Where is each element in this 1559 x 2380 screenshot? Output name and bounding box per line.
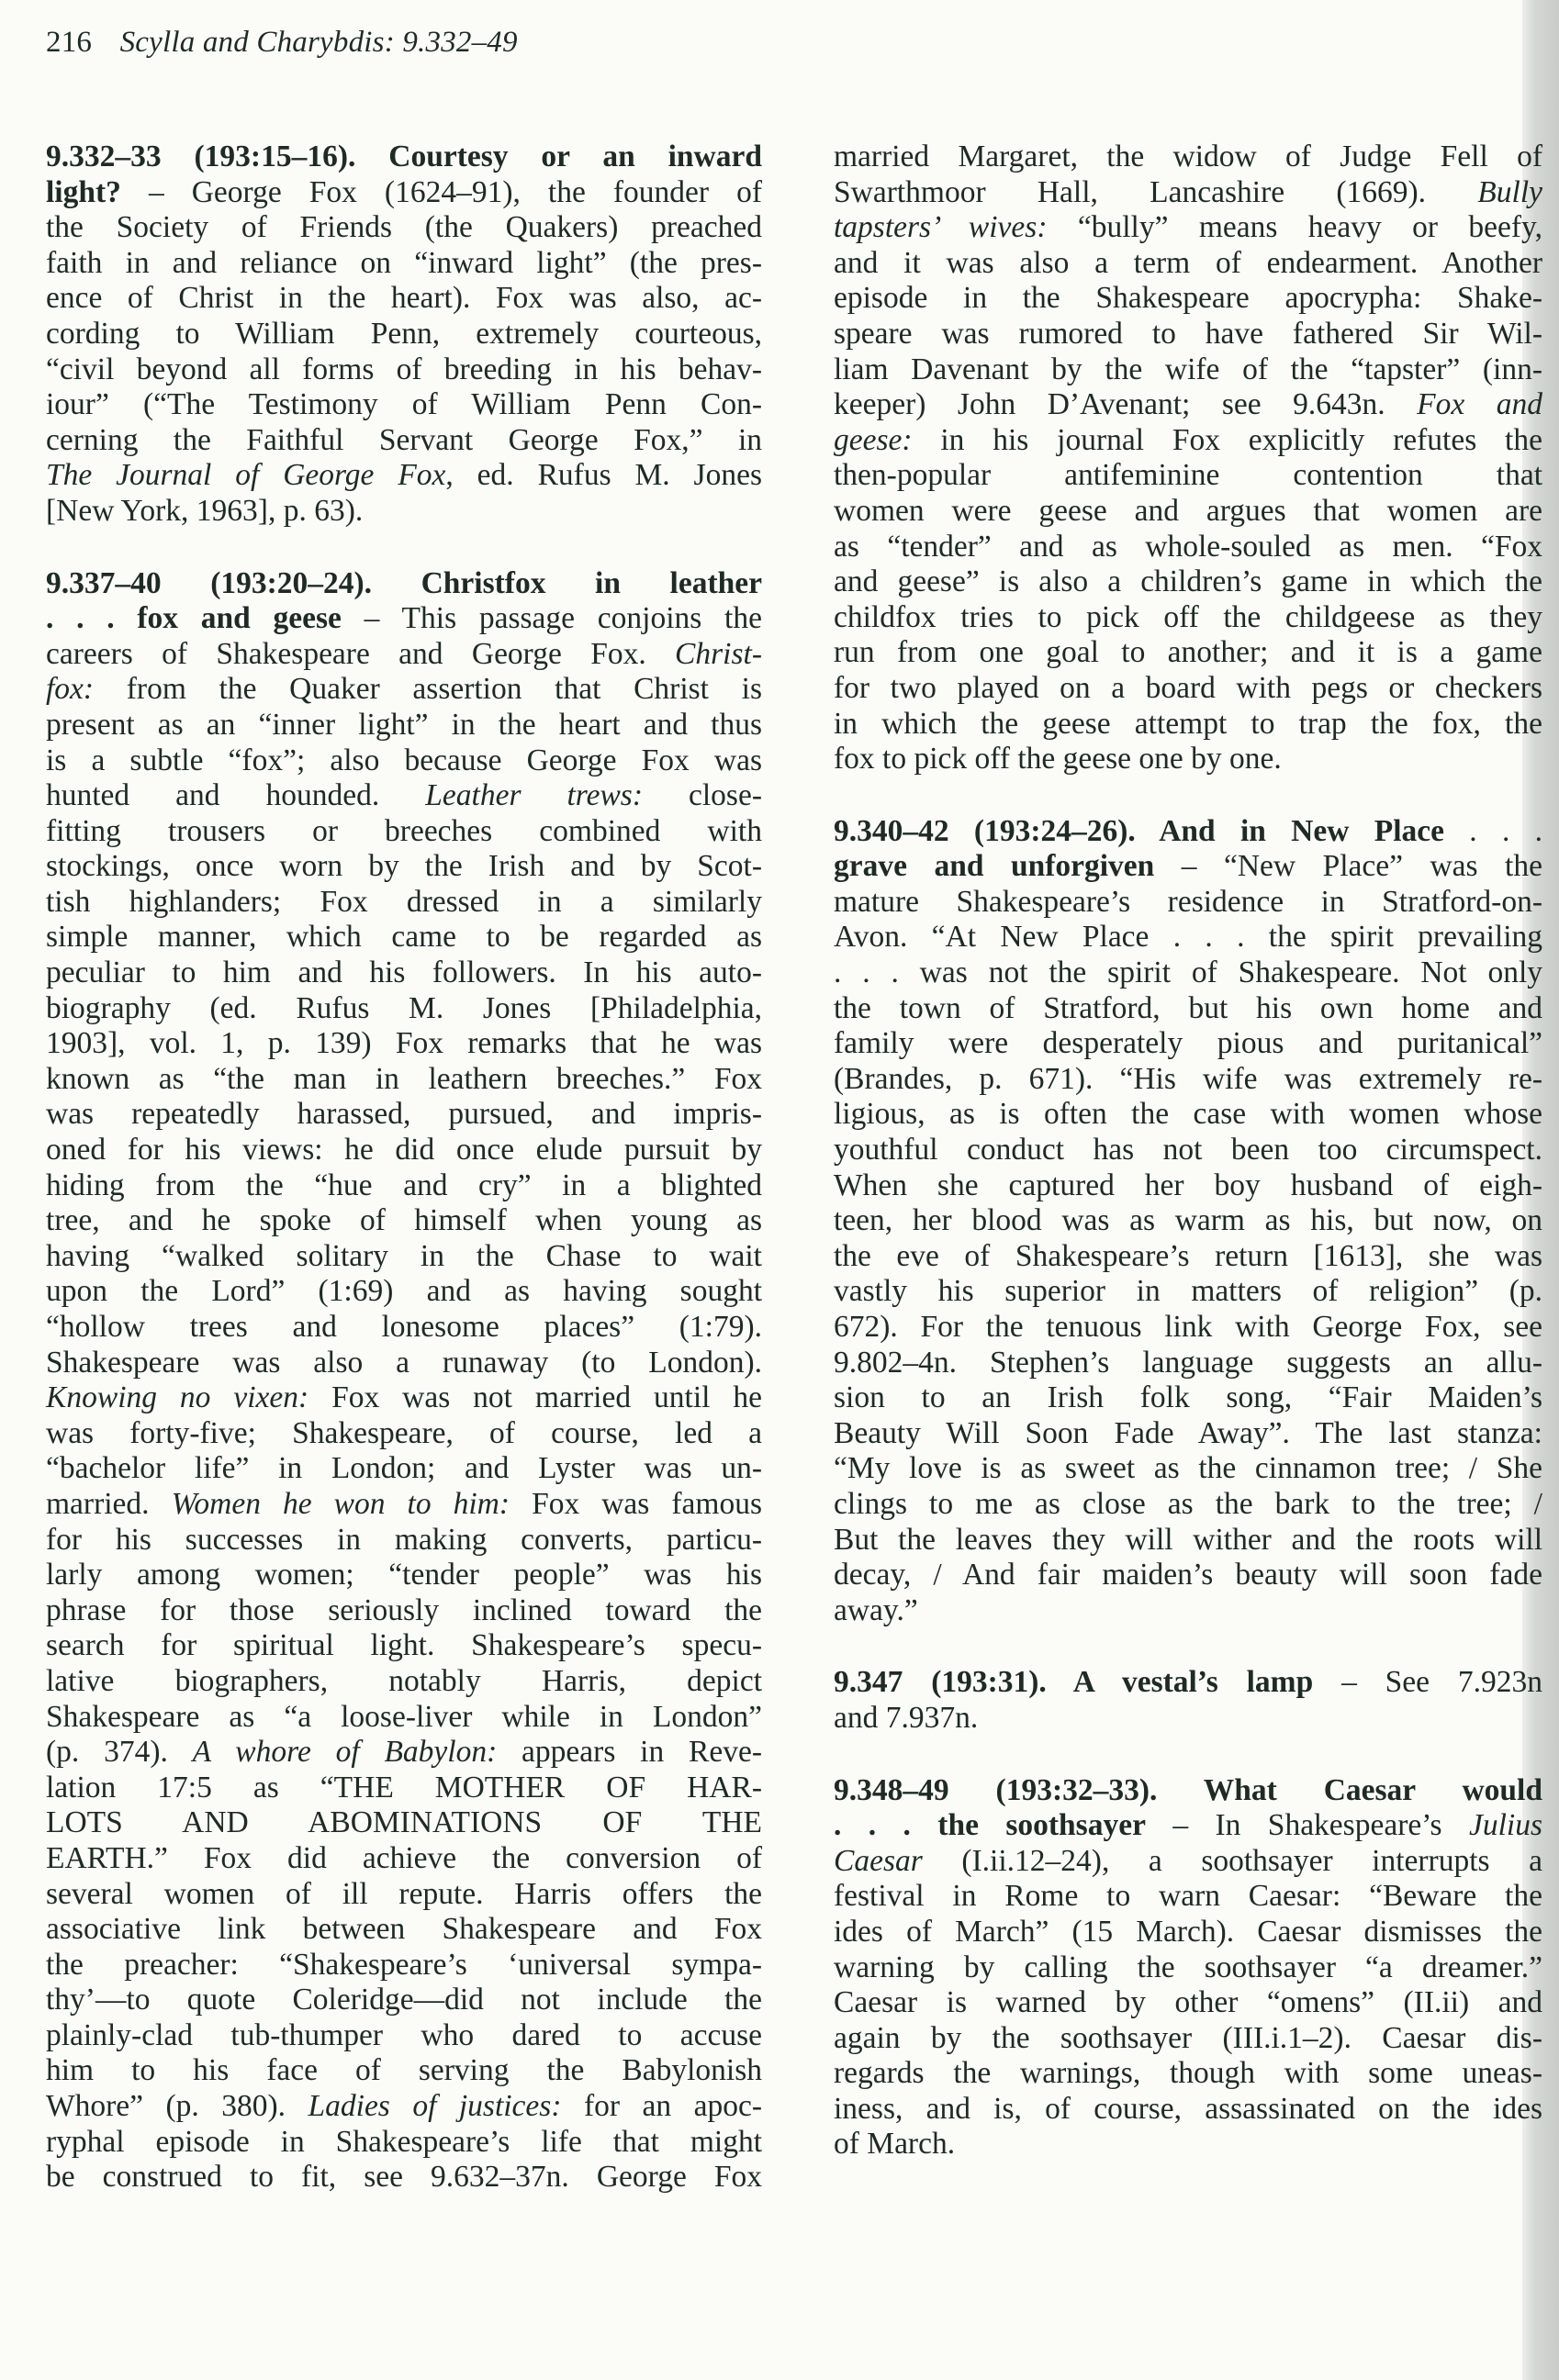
italic-lemma: A whore of Babylon: (193, 1735, 498, 1769)
text-line: married. Women he won to him: Fox was fa… (46, 1487, 762, 1523)
text-line: oned for his views: he did once elude pu… (46, 1133, 762, 1168)
body-text: hunted and hounded. (46, 778, 425, 812)
text-line: regards the warnings, though with some u… (834, 2056, 1542, 2092)
body-text: larly among women; “tender people” was h… (46, 1558, 762, 1592)
body-text: the eve of Shakespeare’s return [1613], … (834, 1239, 1542, 1273)
text-line: clings to me as close as the bark to the… (834, 1487, 1542, 1523)
text-line: the Society of Friends (the Quakers) pre… (46, 210, 762, 246)
body-text: for his successes in making converts, pa… (46, 1523, 762, 1557)
text-line: cerning the Faithful Servant George Fox,… (46, 423, 762, 459)
body-text: hiding from the “hue and cry” in a bligh… (46, 1168, 762, 1202)
entry-heading: 9.340–42 (193:24–26). And in New Place (834, 814, 1444, 848)
text-line: him to his face of serving the Babylonis… (46, 2053, 762, 2089)
body-text: the preacher: “Shakespeare’s ‘universal … (46, 1948, 762, 1982)
text-line: biography (ed. Rufus M. Jones [Philadelp… (46, 991, 762, 1027)
body-text: faith in and reliance on “inward light” … (46, 246, 762, 280)
body-text: known as “the man in leathern breeches.”… (46, 1062, 762, 1096)
body-text: present as an “inner light” in the heart… (46, 708, 762, 742)
italic-lemma: Women he won to him: (172, 1487, 510, 1521)
body-text: is a subtle “fox”; also because George F… (46, 743, 762, 777)
text-line: . . . the soothsayer – In Shakespeare’s … (834, 1808, 1542, 1844)
body-text: Swarthmoor Hall, Lancashire (1669). (834, 175, 1477, 209)
text-line: of March. (834, 2127, 1542, 2162)
body-text: “hollow trees and lonesome places” (1:79… (46, 1310, 762, 1344)
text-line: liam Davenant by the wife of the “tapste… (834, 352, 1542, 388)
body-text: [New York, 1963], p. 63). (46, 494, 363, 528)
text-line: lation 17:5 as “THE MOTHER OF HAR- (46, 1771, 762, 1806)
text-line: and geese” is also a children’s game in … (834, 564, 1542, 600)
annotation-entry: 9.347 (193:31). A vestal’s lamp – See 7.… (834, 1665, 1542, 1736)
body-text: 1903], vol. 1, p. 139) Fox remarks that … (46, 1026, 762, 1060)
italic-lemma: Ladies of justices: (308, 2089, 562, 2123)
italic-lemma: geese: (834, 423, 913, 457)
running-head: 216 Scylla and Charybdis: 9.332–49 (46, 26, 518, 60)
text-line: the preacher: “Shakespeare’s ‘universal … (46, 1948, 762, 1983)
text-line: . . . was not the spirit of Shakespeare.… (834, 955, 1542, 991)
italic-lemma: tapsters’ wives: (834, 210, 1048, 244)
text-line: simple manner, which came to be regarded… (46, 920, 762, 955)
text-line: hunted and hounded. Leather trews: close… (46, 778, 762, 814)
body-text: him to his face of serving the Babylonis… (46, 2053, 762, 2087)
italic-lemma: Christ- (675, 637, 762, 671)
body-text: sion to an Irish folk song, “Fair Maiden… (834, 1380, 1542, 1414)
text-line: cording to William Penn, extremely court… (46, 317, 762, 352)
text-line: faith in and reliance on “inward light” … (46, 246, 762, 282)
body-text: . . . (1444, 814, 1542, 848)
text-line: married Margaret, the widow of Judge Fel… (834, 140, 1542, 175)
entry-heading: . . . fox and geese (46, 601, 342, 635)
text-line: “hollow trees and lonesome places” (1:79… (46, 1310, 762, 1346)
body-text: mature Shakespeare’s residence in Stratf… (834, 885, 1542, 919)
text-line: family were desperately pious and purita… (834, 1026, 1542, 1062)
text-line: upon the Lord” (1:69) and as having soug… (46, 1274, 762, 1310)
text-line: mature Shakespeare’s residence in Stratf… (834, 885, 1542, 921)
body-text: – George Fox (1624–91), the founder of (121, 175, 762, 209)
body-text: festival in Rome to warn Caesar: “Beware… (834, 1879, 1542, 1913)
text-line: fitting trousers or breeches combined wi… (46, 814, 762, 850)
text-line: (p. 374). A whore of Babylon: appears in… (46, 1735, 762, 1771)
text-line: for two played on a board with pegs or c… (834, 671, 1542, 707)
text-line: youthful conduct has not been too circum… (834, 1133, 1542, 1168)
text-line: having “walked solitary in the Chase to … (46, 1239, 762, 1275)
text-line: childfox tries to pick off the childgees… (834, 600, 1542, 636)
body-text: ides of March” (15 March). Caesar dismis… (834, 1915, 1542, 1949)
body-text: search for spiritual light. Shakespeare’… (46, 1628, 762, 1662)
body-text: away.” (834, 1593, 918, 1627)
body-text: family were desperately pious and purita… (834, 1026, 1542, 1060)
body-text: regards the warnings, though with some u… (834, 2056, 1542, 2090)
annotation-entry: 9.348–49 (193:32–33). What Caesar would.… (834, 1773, 1542, 2163)
body-text: cording to William Penn, extremely court… (46, 317, 762, 351)
body-text: Shakespeare as “a loose-liver while in L… (46, 1700, 762, 1734)
body-text: fox to pick off the geese one by one. (834, 742, 1282, 776)
italic-lemma: Fox and (1417, 387, 1542, 421)
entry-heading: 9.347 (193:31). A vestal’s lamp (834, 1665, 1313, 1699)
text-line: ligious, as is often the case with women… (834, 1097, 1542, 1133)
text-line: for his successes in making converts, pa… (46, 1523, 762, 1559)
text-line: lative biographers, notably Harris, depi… (46, 1664, 762, 1700)
text-line: women were geese and argues that women a… (834, 494, 1542, 530)
body-text: Fox was not married until he (308, 1380, 762, 1414)
text-line: was repeatedly harassed, pursued, and im… (46, 1097, 762, 1133)
text-line: the eve of Shakespeare’s return [1613], … (834, 1239, 1542, 1275)
text-line: vastly his superior in matters of religi… (834, 1274, 1542, 1310)
text-line: iness, and is, of course, assassinated o… (834, 2092, 1542, 2128)
body-text: and it was also a term of endearment. An… (834, 246, 1542, 280)
text-line: “civil beyond all forms of breeding in h… (46, 352, 762, 388)
text-line: Shakespeare was also a runaway (to Londo… (46, 1346, 762, 1381)
body-text: Avon. “At New Place . . . the spirit pre… (834, 920, 1542, 954)
body-text: “bachelor life” in London; and Lyster wa… (46, 1451, 762, 1485)
body-text: clings to me as close as the bark to the… (834, 1487, 1542, 1521)
body-text: and 7.937n. (834, 1701, 978, 1735)
body-text: ligious, as is often the case with women… (834, 1097, 1542, 1131)
body-text: was repeatedly harassed, pursued, and im… (46, 1097, 762, 1131)
body-text: thy’—to quote Coleridge—did not include … (46, 1983, 762, 2017)
text-line: plainly-clad tub-thumper who dared to ac… (46, 2018, 762, 2054)
body-text: oned for his views: he did once elude pu… (46, 1133, 762, 1167)
body-text: decay, / And fair maiden’s beauty will s… (834, 1558, 1542, 1592)
body-text: stockings, once worn by the Irish and by… (46, 849, 762, 883)
body-text: for an apoc- (562, 2089, 763, 2123)
body-text: tish highlanders; Fox dressed in a simil… (46, 885, 762, 919)
text-line: careers of Shakespeare and George Fox. C… (46, 637, 762, 673)
text-line: 672). For the tenuous link with George F… (834, 1310, 1542, 1346)
body-text: (Brandes, p. 671). “His wife was extreme… (834, 1062, 1542, 1096)
text-line: be construed to fit, see 9.632–37n. Geor… (46, 2160, 762, 2196)
annotation-entry: 9.332–33 (193:15–16). Courtesy or an inw… (46, 140, 762, 530)
text-line: as “tender” and as whole-souled as men. … (834, 530, 1542, 565)
right-column: married Margaret, the widow of Judge Fel… (834, 140, 1542, 2199)
body-text: 672). For the tenuous link with George F… (834, 1310, 1542, 1344)
text-line: and 7.937n. (834, 1701, 1542, 1737)
text-line: The Journal of George Fox, ed. Rufus M. … (46, 458, 762, 494)
italic-lemma: Bully (1477, 175, 1542, 209)
body-text: fitting trousers or breeches combined wi… (46, 814, 762, 848)
body-text: – “New Place” was the (1154, 849, 1542, 883)
text-line: “bachelor life” in London; and Lyster wa… (46, 1451, 762, 1487)
body-text: for two played on a board with pegs or c… (834, 671, 1542, 705)
text-line: stockings, once worn by the Irish and by… (46, 849, 762, 885)
body-text: – See 7.923n (1313, 1665, 1542, 1699)
text-line: tish highlanders; Fox dressed in a simil… (46, 885, 762, 921)
body-text: lation 17:5 as “THE MOTHER OF HAR- (46, 1771, 762, 1805)
body-text: “bully” means heavy or beefy, (1048, 210, 1543, 244)
text-line: episode in the Shakespeare apocrypha: Sh… (834, 281, 1542, 317)
entry-heading: 9.332–33 (193:15–16). Courtesy or an inw… (46, 140, 762, 173)
annotation-entry: 9.337–40 (193:20–24). Christfox in leath… (46, 566, 762, 2196)
entry-heading: . . . the soothsayer (834, 1808, 1146, 1842)
body-text: childfox tries to pick off the childgees… (834, 600, 1542, 634)
body-text: was forty-five; Shakespeare, of course, … (46, 1416, 762, 1450)
text-line: tree, and he spoke of himself when young… (46, 1203, 762, 1239)
text-line: the town of Stratford, but his own home … (834, 991, 1542, 1027)
body-text: in which the geese attempt to trap the f… (834, 707, 1542, 741)
text-line: 9.337–40 (193:20–24). Christfox in leath… (46, 566, 762, 602)
body-text: of March. (834, 2127, 955, 2161)
running-title: Scylla and Charybdis: 9.332–49 (120, 26, 518, 59)
text-line: tapsters’ wives: “bully” means heavy or … (834, 210, 1542, 246)
text-line: fox: from the Quaker assertion that Chri… (46, 672, 762, 708)
body-text: and geese” is also a children’s game in … (834, 564, 1542, 598)
text-line: associative link between Shakespeare and… (46, 1912, 762, 1948)
body-text: then-popular antifeminine contention tha… (834, 458, 1542, 492)
text-line: peculiar to him and his followers. In hi… (46, 955, 762, 991)
body-text: as “tender” and as whole-souled as men. … (834, 530, 1542, 564)
body-text: associative link between Shakespeare and… (46, 1912, 762, 1946)
body-text: appears in Reve- (497, 1735, 762, 1769)
page-number: 216 (46, 26, 92, 59)
italic-lemma: Leather trews: (425, 778, 643, 812)
body-text: EARTH.” Fox did achieve the conversion o… (46, 1841, 762, 1875)
text-line: warning by calling the soothsayer “a dre… (834, 1950, 1542, 1986)
entry-heading: grave and unforgiven (834, 849, 1154, 883)
text-line: iour” (“The Testimony of William Penn Co… (46, 387, 762, 423)
body-text: cerning the Faithful Servant George Fox,… (46, 423, 762, 457)
text-line: . . . fox and geese – This passage conjo… (46, 601, 762, 637)
body-text: Whore” (p. 380). (46, 2089, 308, 2123)
body-text: ence of Christ in the heart). Fox was al… (46, 281, 762, 315)
body-text: liam Davenant by the wife of the “tapste… (834, 352, 1542, 386)
body-text: vastly his superior in matters of religi… (834, 1274, 1542, 1308)
body-text: in his journal Fox explicitly refutes th… (913, 423, 1542, 457)
text-line: sion to an Irish folk song, “Fair Maiden… (834, 1380, 1542, 1416)
body-text: (I.ii.12–24), a soothsayer interrupts a (923, 1844, 1542, 1878)
text-line: LOTS AND ABOMINATIONS OF THE (46, 1805, 762, 1841)
body-text: close- (643, 778, 762, 812)
text-line: known as “the man in leathern breeches.”… (46, 1062, 762, 1098)
text-line: When she captured her boy husband of eig… (834, 1168, 1542, 1204)
body-text: again by the soothsayer (III.i.1–2). Cae… (834, 2021, 1542, 2055)
text-line: hiding from the “hue and cry” in a bligh… (46, 1168, 762, 1204)
text-line: Swarthmoor Hall, Lancashire (1669). Bull… (834, 175, 1542, 211)
text-line: 9.340–42 (193:24–26). And in New Place .… (834, 814, 1542, 850)
text-line: 9.347 (193:31). A vestal’s lamp – See 7.… (834, 1665, 1542, 1701)
text-line: EARTH.” Fox did achieve the conversion o… (46, 1841, 762, 1877)
text-line: 9.802–4n. Stephen’s language suggests an… (834, 1346, 1542, 1381)
body-text: phrase for those seriously inclined towa… (46, 1593, 762, 1627)
body-text: episode in the Shakespeare apocrypha: Sh… (834, 281, 1542, 315)
body-text: , ed. Rufus M. Jones (445, 458, 762, 492)
text-line: grave and unforgiven – “New Place” was t… (834, 849, 1542, 885)
text-line: light? – George Fox (1624–91), the found… (46, 175, 762, 211)
text-line: ence of Christ in the heart). Fox was al… (46, 281, 762, 317)
body-text: “civil beyond all forms of breeding in h… (46, 352, 762, 386)
text-line: “My love is as sweet as the cinnamon tre… (834, 1451, 1542, 1487)
text-line: 9.348–49 (193:32–33). What Caesar would (834, 1773, 1542, 1809)
body-text: the town of Stratford, but his own home … (834, 991, 1542, 1025)
body-text: several women of ill repute. Harris offe… (46, 1877, 762, 1911)
body-text: iour” (“The Testimony of William Penn Co… (46, 387, 762, 421)
text-line: Avon. “At New Place . . . the spirit pre… (834, 920, 1542, 955)
body-text: “My love is as sweet as the cinnamon tre… (834, 1451, 1542, 1485)
text-line: Whore” (p. 380). Ladies of justices: for… (46, 2089, 762, 2125)
text-line: was forty-five; Shakespeare, of course, … (46, 1416, 762, 1452)
text-line: Caesar is warned by other “omens” (II.ii… (834, 1985, 1542, 2021)
annotation-entry: married Margaret, the widow of Judge Fel… (834, 140, 1542, 777)
body-text: keeper) John D’Avenant; see 9.643n. (834, 387, 1417, 421)
text-line: ryphal episode in Shakespeare’s life tha… (46, 2125, 762, 2161)
body-text: speare was rumored to have fathered Sir … (834, 317, 1542, 351)
body-text: the Society of Friends (the Quakers) pre… (46, 210, 762, 244)
text-line: Beauty Will Soon Fade Away”. The last st… (834, 1416, 1542, 1452)
body-text: lative biographers, notably Harris, depi… (46, 1664, 762, 1698)
text-line: teen, her blood was as warm as his, but … (834, 1203, 1542, 1239)
text-line: several women of ill repute. Harris offe… (46, 1877, 762, 1913)
body-text: simple manner, which came to be regarded… (46, 920, 762, 954)
body-text: . . . was not the spirit of Shakespeare.… (834, 955, 1542, 989)
text-line: then-popular antifeminine contention tha… (834, 458, 1542, 494)
annotation-entry: 9.340–42 (193:24–26). And in New Place .… (834, 814, 1542, 1629)
text-line: geese: in his journal Fox explicitly ref… (834, 423, 1542, 459)
text-line: keeper) John D’Avenant; see 9.643n. Fox … (834, 387, 1542, 423)
body-text: When she captured her boy husband of eig… (834, 1168, 1542, 1202)
body-text: married Margaret, the widow of Judge Fel… (834, 140, 1542, 173)
text-line: run from one goal to another; and it is … (834, 635, 1542, 671)
text-line: Caesar (I.ii.12–24), a soothsayer interr… (834, 1844, 1542, 1880)
italic-lemma: fox: (46, 672, 94, 706)
left-column: 9.332–33 (193:15–16). Courtesy or an inw… (46, 140, 762, 2232)
text-line: search for spiritual light. Shakespeare’… (46, 1628, 762, 1664)
text-line: again by the soothsayer (III.i.1–2). Cae… (834, 2021, 1542, 2057)
text-line: in which the geese attempt to trap the f… (834, 707, 1542, 743)
body-text: Shakespeare was also a runaway (to Londo… (46, 1346, 762, 1380)
text-line: phrase for those seriously inclined towa… (46, 1593, 762, 1629)
body-text: – This passage conjoins the (342, 601, 762, 635)
body-text: But the leaves they will wither and the … (834, 1523, 1542, 1557)
body-text: biography (ed. Rufus M. Jones [Philadelp… (46, 991, 762, 1025)
entry-heading: 9.348–49 (193:32–33). What Caesar would (834, 1773, 1542, 1807)
text-line: speare was rumored to have fathered Sir … (834, 317, 1542, 352)
text-line: larly among women; “tender people” was h… (46, 1558, 762, 1593)
text-line: 9.332–33 (193:15–16). Courtesy or an inw… (46, 140, 762, 175)
body-text: having “walked solitary in the Chase to … (46, 1239, 762, 1273)
body-text: 9.802–4n. Stephen’s language suggests an… (834, 1346, 1542, 1380)
body-text: iness, and is, of course, assassinated o… (834, 2092, 1542, 2126)
text-line: and it was also a term of endearment. An… (834, 246, 1542, 282)
body-text: teen, her blood was as warm as his, but … (834, 1203, 1542, 1237)
text-line: 1903], vol. 1, p. 139) Fox remarks that … (46, 1026, 762, 1062)
body-text: peculiar to him and his followers. In hi… (46, 955, 762, 989)
body-text: married. (46, 1487, 172, 1521)
text-line: Knowing no vixen: Fox was not married un… (46, 1380, 762, 1416)
body-text: women were geese and argues that women a… (834, 494, 1542, 528)
body-text: youthful conduct has not been too circum… (834, 1133, 1542, 1167)
body-text: – In Shakespeare’s (1146, 1808, 1469, 1842)
text-line: present as an “inner light” in the heart… (46, 708, 762, 743)
body-text: run from one goal to another; and it is … (834, 635, 1542, 669)
text-line: ides of March” (15 March). Caesar dismis… (834, 1915, 1542, 1950)
text-line: Shakespeare as “a loose-liver while in L… (46, 1700, 762, 1736)
body-text: Beauty Will Soon Fade Away”. The last st… (834, 1416, 1542, 1450)
body-text: Fox was famous (510, 1487, 762, 1521)
italic-lemma: Julius (1469, 1808, 1542, 1842)
text-line: fox to pick off the geese one by one. (834, 742, 1542, 777)
body-text: tree, and he spoke of himself when young… (46, 1203, 762, 1237)
body-text: ryphal episode in Shakespeare’s life tha… (46, 2125, 762, 2159)
text-line: festival in Rome to warn Caesar: “Beware… (834, 1879, 1542, 1915)
text-line: [New York, 1963], p. 63). (46, 494, 762, 530)
entry-heading: light? (46, 175, 121, 209)
body-text: LOTS AND ABOMINATIONS OF THE (46, 1805, 762, 1839)
italic-lemma: Knowing no vixen: (46, 1380, 308, 1414)
body-text: upon the Lord” (1:69) and as having soug… (46, 1274, 762, 1308)
body-text: plainly-clad tub-thumper who dared to ac… (46, 2018, 762, 2052)
text-line: away.” (834, 1593, 1542, 1629)
text-line: decay, / And fair maiden’s beauty will s… (834, 1558, 1542, 1593)
entry-heading: 9.337–40 (193:20–24). Christfox in leath… (46, 566, 762, 600)
text-line: is a subtle “fox”; also because George F… (46, 743, 762, 779)
body-text: careers of Shakespeare and George Fox. (46, 637, 675, 671)
body-text: be construed to fit, see 9.632–37n. Geor… (46, 2160, 762, 2194)
body-text: Caesar is warned by other “omens” (II.ii… (834, 1985, 1542, 2019)
italic-lemma: Caesar (834, 1844, 923, 1878)
body-text: (p. 374). (46, 1735, 193, 1769)
text-line: (Brandes, p. 671). “His wife was extreme… (834, 1062, 1542, 1098)
italic-lemma: The Journal of George Fox (46, 458, 445, 492)
text-line: But the leaves they will wither and the … (834, 1523, 1542, 1559)
body-text: from the Quaker assertion that Christ is (94, 672, 762, 706)
text-line: thy’—to quote Coleridge—did not include … (46, 1983, 762, 2018)
body-text: warning by calling the soothsayer “a dre… (834, 1950, 1542, 1984)
